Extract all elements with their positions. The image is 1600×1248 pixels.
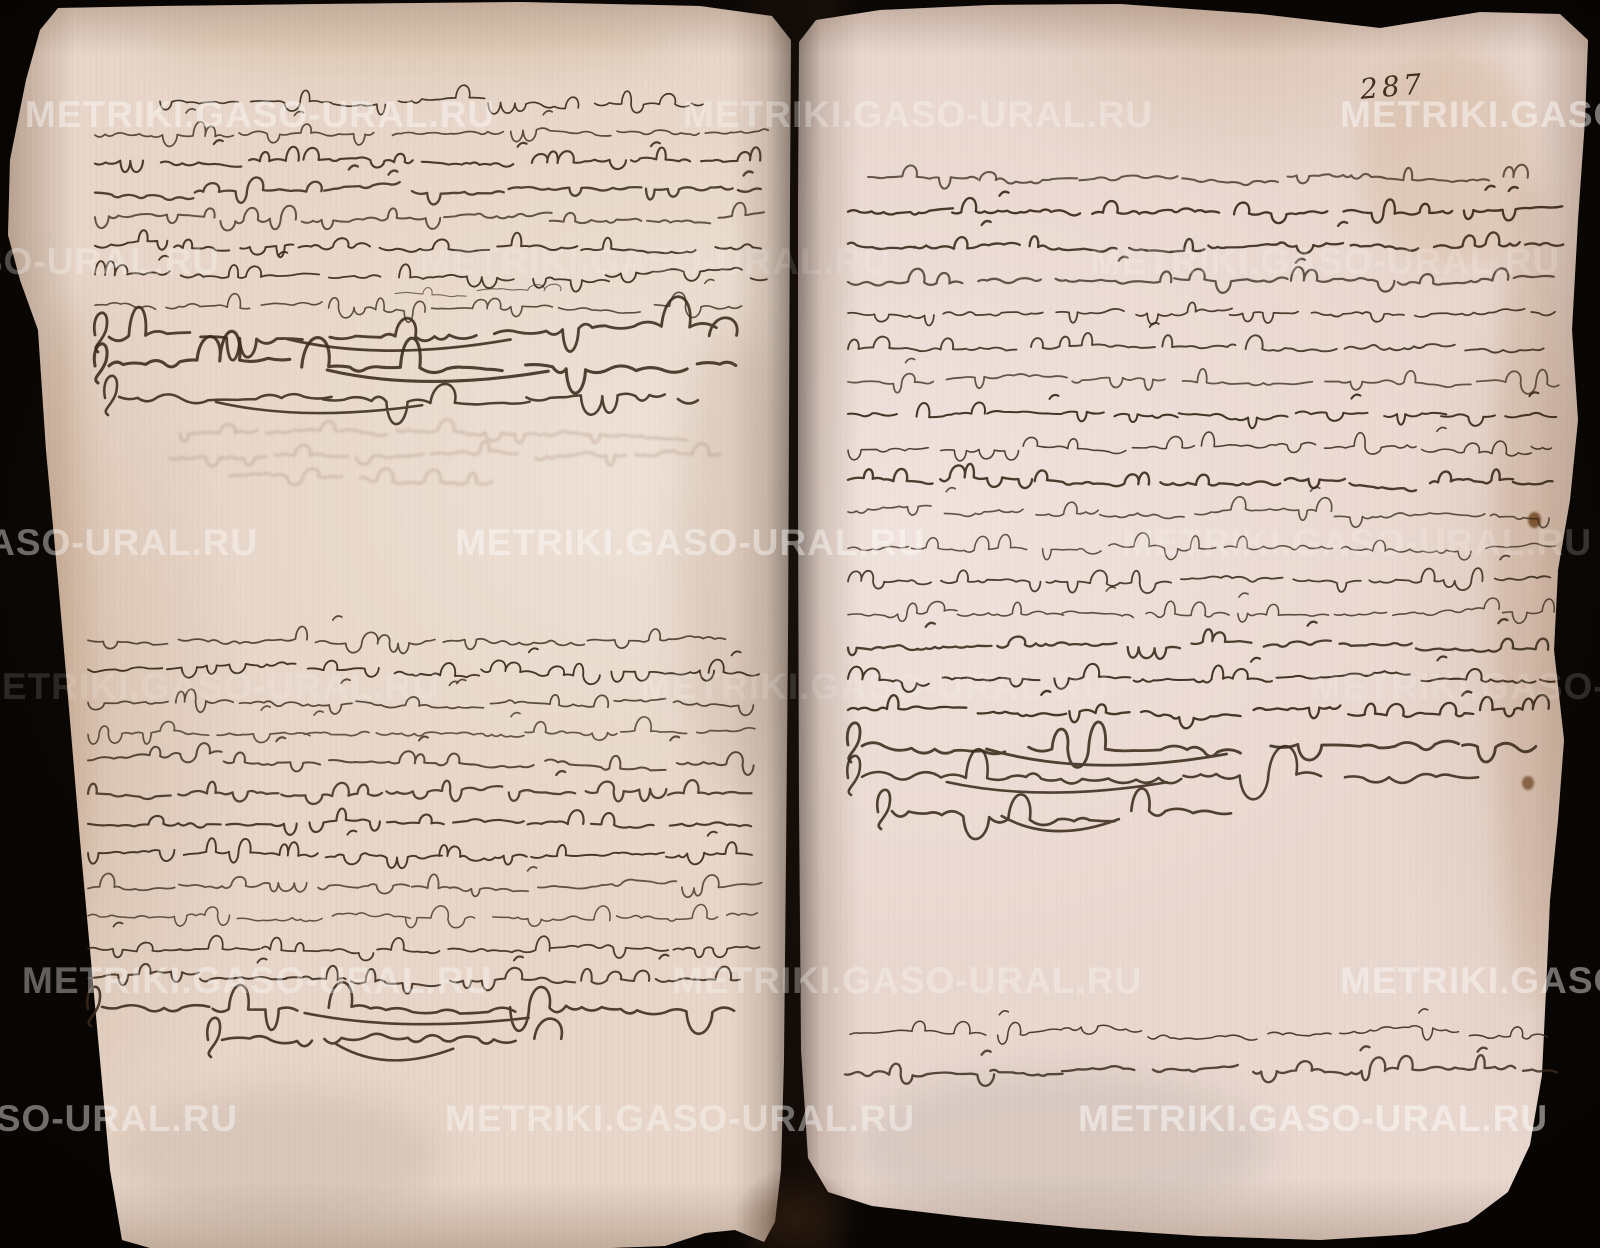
page-number: 287	[1359, 67, 1427, 106]
manuscript-scan: 287 METRIKI.GASO-URAL.RUMETRIKI.GASO-URA…	[0, 0, 1600, 1248]
